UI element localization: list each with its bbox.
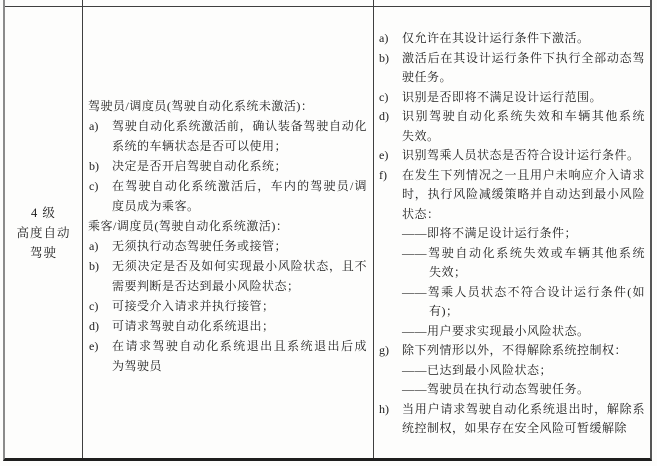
prev-row-system-cell: [373, 0, 650, 7]
system-requirements-text: a)仅允许在其设计运行条件下激活。b)激活后在其设计运行条件下执行全部动态驾驶任…: [378, 29, 645, 439]
item-marker: b): [89, 256, 99, 276]
text-line: 驾驶员/调度员(驾驶自动化系统未激活)：: [88, 96, 367, 116]
item-marker: b): [379, 49, 389, 69]
text-line: g)除下列情形以外，不得解除系统控制权：: [378, 341, 645, 361]
text-line: 失效。: [378, 127, 645, 147]
text-line: ——驾驶员在执行动态驾驶任务。: [378, 380, 645, 400]
text-line: a)仅允许在其设计运行条件下激活。: [378, 29, 645, 49]
text-line: f)在发生下列情况之一且用户未响应介入请求: [378, 166, 645, 186]
level-line-2: 高度自动: [16, 223, 70, 243]
text-line: ——即将不满足设计运行条件；: [378, 224, 645, 244]
driver-roles-cell: 驾驶员/调度员(驾驶自动化系统未激活)：a)驾驶自动化系统激活前，确认装备驾驶自…: [82, 7, 373, 458]
text-line: h)当用户请求驾驶自动化系统退出时，解除系: [378, 400, 645, 420]
item-marker: g): [379, 341, 389, 361]
item-marker: a): [89, 116, 98, 136]
item-marker: a): [89, 236, 98, 256]
item-marker: c): [89, 296, 98, 316]
text-line: b)无须决定是否及如何实现最小风险状态，且不: [88, 256, 367, 276]
text-line: b)决定是否开启驾驶自动化系统；: [88, 156, 367, 176]
text-line: a)驾驶自动化系统激活前，确认装备驾驶自动化: [88, 116, 367, 136]
text-line: 度员成为乘客。: [88, 196, 367, 216]
prev-row-roles-cell: [82, 0, 373, 7]
item-marker: e): [89, 336, 98, 356]
item-marker: e): [379, 146, 388, 166]
text-line: 状态：: [378, 205, 645, 225]
item-marker: b): [89, 156, 99, 176]
text-line: d)可请求驾驶自动化系统退出；: [88, 316, 367, 336]
text-line: 为驾驶员: [88, 356, 367, 376]
driver-roles-text: 驾驶员/调度员(驾驶自动化系统未激活)：a)驾驶自动化系统激活前，确认装备驾驶自…: [88, 96, 367, 376]
level-cell: 4 级 高度自动 驾驶: [5, 7, 82, 458]
text-line: d)识别驾驶自动化系统失效和车辆其他系统: [378, 107, 645, 127]
text-line: c)识别是否即将不满足设计运行范围。: [378, 88, 645, 108]
text-line: e)识别驾乘人员状态是否符合设计运行条件。: [378, 146, 645, 166]
document-page: 4 级 高度自动 驾驶 驾驶员/调度员(驾驶自动化系统未激活)：a)驾驶自动化系…: [0, 0, 657, 466]
text-line: ——已达到最小风险状态；: [378, 361, 645, 381]
item-marker: h): [379, 400, 389, 420]
text-line: 乘客/调度员(驾驶自动化系统激活)：: [88, 216, 367, 236]
prev-row-level-cell: [5, 0, 82, 7]
level-label: 4 级 高度自动 驾驶: [16, 203, 70, 263]
text-line: c)可接受介入请求并执行接管；: [88, 296, 367, 316]
text-line: 需要判断是否达到最小风险状态；: [88, 276, 367, 296]
text-line: 有)；: [378, 302, 645, 322]
item-marker: a): [379, 29, 388, 49]
text-line: ——用户要求实现最小风险状态。: [378, 322, 645, 342]
text-line: ——驾乘人员状态不符合设计运行条件(如: [378, 283, 645, 303]
automation-level-table: 4 级 高度自动 驾驶 驾驶员/调度员(驾驶自动化系统未激活)：a)驾驶自动化系…: [3, 0, 652, 461]
text-line: b)激活后在其设计运行条件下执行全部动态驾: [378, 49, 645, 69]
text-line: 统控制权，如果存在安全风险可暂缓解除: [378, 419, 645, 439]
text-line: 时，执行风险减缓策略并自动达到最小风险: [378, 185, 645, 205]
item-marker: d): [89, 316, 99, 336]
text-line: e)在请求驾驶自动化系统退出且系统退出后成: [88, 336, 367, 356]
item-marker: c): [89, 176, 98, 196]
item-marker: d): [379, 107, 389, 127]
item-marker: f): [379, 166, 387, 186]
text-line: 系统的车辆状态是否可以使用；: [88, 136, 367, 156]
system-requirements-cell: a)仅允许在其设计运行条件下激活。b)激活后在其设计运行条件下执行全部动态驾驶任…: [373, 7, 650, 458]
text-line: 驶任务。: [378, 68, 645, 88]
text-line: a)无须执行动态驾驶任务或接管；: [88, 236, 367, 256]
level-line-3: 驾驶: [16, 243, 70, 263]
text-line: ——驾驶自动化系统失效或车辆其他系统: [378, 244, 645, 264]
item-marker: c): [379, 88, 388, 108]
level-line-1: 4 级: [16, 203, 70, 223]
text-line: 失效；: [378, 263, 645, 283]
text-line: c)在驾驶自动化系统激活后，车内的驾驶员/调: [88, 176, 367, 196]
